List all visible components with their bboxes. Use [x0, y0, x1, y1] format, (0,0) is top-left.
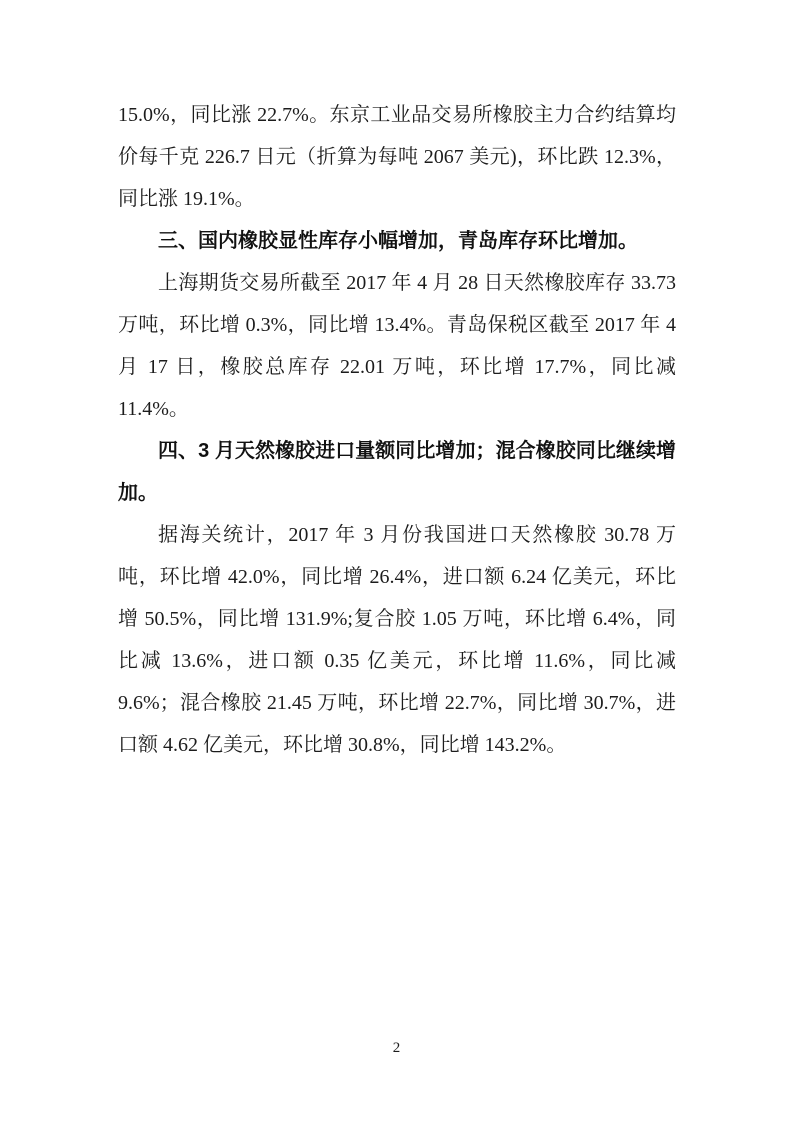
paragraph-tokyo-settlement-price: 15.0%，同比涨 22.7%。东京工业品交易所橡胶主力合约结算均价每千克 22…	[118, 94, 676, 220]
heading-section-four-march-imports: 四、3 月天然橡胶进口量额同比增加；混合橡胶同比继续增加。	[118, 430, 676, 514]
page-body-text: 15.0%，同比涨 22.7%。东京工业品交易所橡胶主力合约结算均价每千克 22…	[118, 94, 676, 766]
heading-section-three-domestic-inventory: 三、国内橡胶显性库存小幅增加，青岛库存环比增加。	[118, 220, 676, 262]
paragraph-customs-import-statistics: 据海关统计，2017 年 3 月份我国进口天然橡胶 30.78 万吨，环比增 4…	[118, 514, 676, 766]
page-number: 2	[0, 1036, 793, 1060]
paragraph-shfe-qingdao-inventory: 上海期货交易所截至 2017 年 4 月 28 日天然橡胶库存 33.73 万吨…	[118, 262, 676, 430]
document-page: 15.0%，同比涨 22.7%。东京工业品交易所橡胶主力合约结算均价每千克 22…	[0, 0, 793, 1122]
